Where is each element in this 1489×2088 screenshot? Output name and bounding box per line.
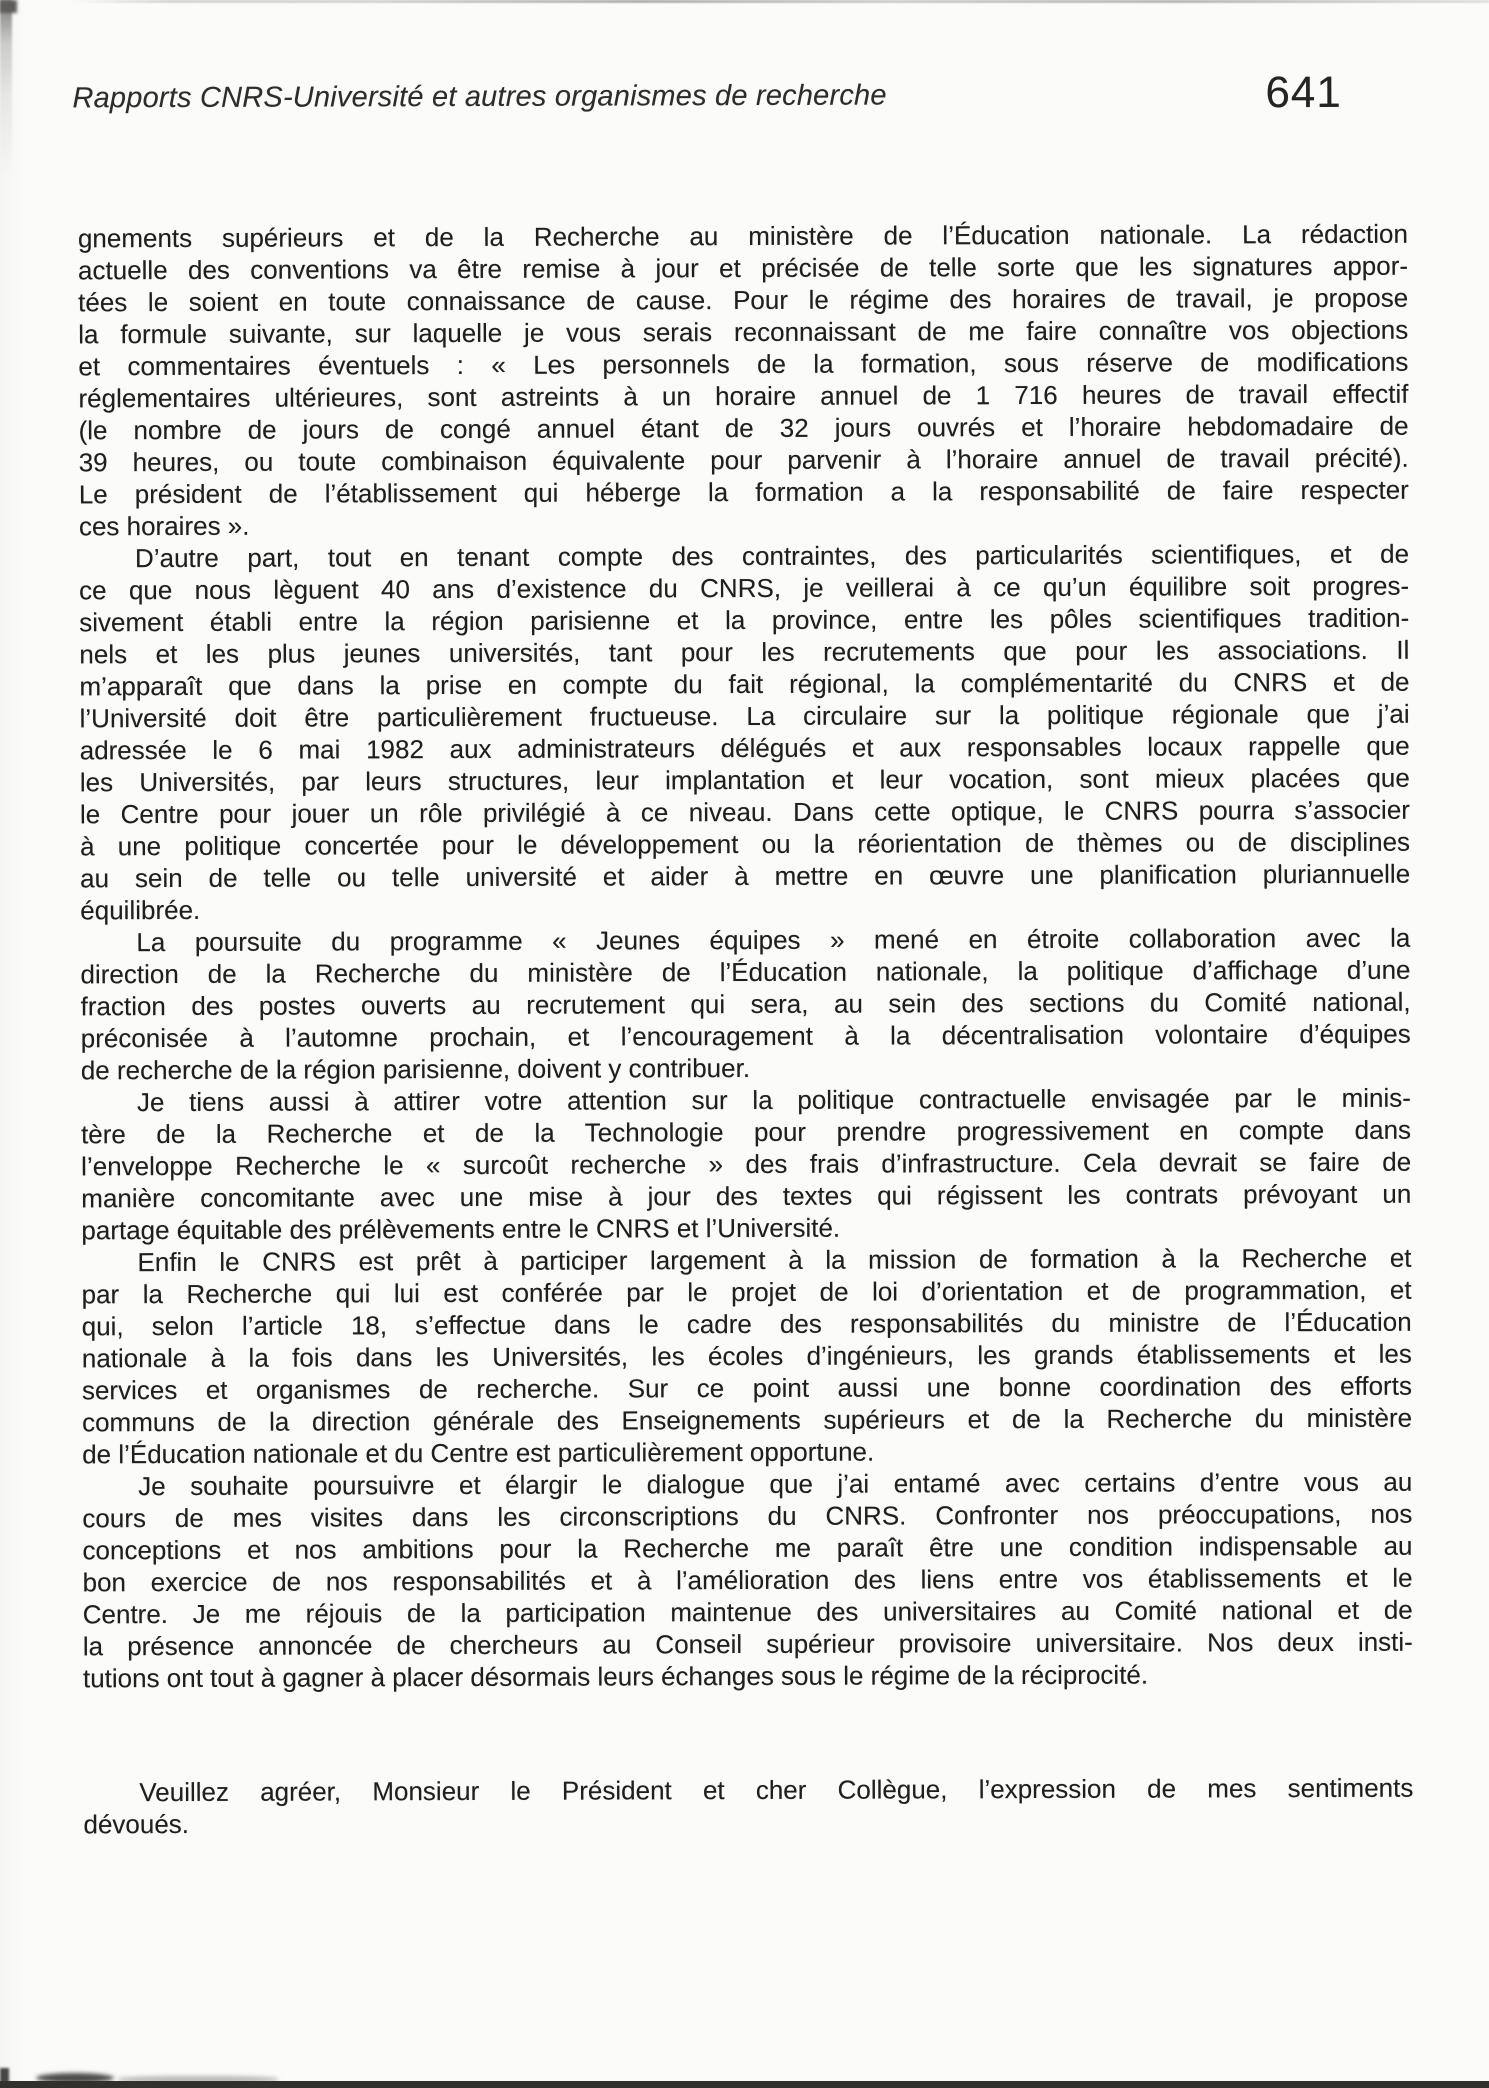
text-line: ce que nous lèguent 40 ans d’existence d… [79, 570, 1409, 607]
text-line: communs de la direction générale des Ens… [82, 1402, 1412, 1439]
text-line: équilibrée. [80, 890, 1410, 927]
paragraph: D’autre part, tout en tenant compte des … [79, 538, 1410, 927]
text-line: Enfin le CNRS est prêt à participer larg… [81, 1242, 1411, 1279]
text-line: nels et les plus jeunes universités, tan… [79, 634, 1409, 671]
text-line: préconisée à l’automne prochain, et l’en… [81, 1018, 1411, 1055]
text-line: direction de la Recherche du ministère d… [80, 954, 1410, 991]
text-line: la présence annoncée de chercheurs au Co… [83, 1626, 1413, 1663]
text-line: la formule suivante, sur laquelle je vou… [78, 314, 1408, 351]
scanned-document: { "page": { "colors": { "paper": "#fbfbf… [0, 0, 1489, 2088]
running-head: Rapports CNRS-Université et autres organ… [0, 0, 1487, 143]
text-line: ces horaires ». [79, 506, 1409, 543]
text-line: nationale à la fois dans les Universités… [82, 1338, 1412, 1375]
letter-body: gnements supérieurs et de la Recherche a… [78, 218, 1414, 1841]
text-line: tutions ont tout à gagner à placer désor… [83, 1658, 1413, 1695]
text-line: bon exercice de nos responsabilités et à… [83, 1562, 1413, 1599]
text-line: réglementaires ultérieures, sont astrein… [78, 378, 1408, 415]
paragraph: gnements supérieurs et de la Recherche a… [78, 218, 1409, 543]
text-line: les Universités, par leurs structures, l… [80, 762, 1410, 799]
text-line: l’Université doit être particulièrement … [80, 698, 1410, 735]
text-line: de recherche de la région parisienne, do… [81, 1050, 1411, 1087]
text-line: Je tiens aussi à attirer votre attention… [81, 1082, 1411, 1119]
text-line: à une politique concertée pour le dévelo… [80, 826, 1410, 863]
text-line: qui, selon l’article 18, s’effectue dans… [82, 1306, 1412, 1343]
text-line: services et organismes de recherche. Sur… [82, 1370, 1412, 1407]
text-line: fraction des postes ouverts au recruteme… [81, 986, 1411, 1023]
text-line: gnements supérieurs et de la Recherche a… [78, 218, 1408, 255]
text-line: par la Recherche qui lui est conférée pa… [82, 1274, 1412, 1311]
text-line: D’autre part, tout en tenant compte des … [79, 538, 1409, 575]
text-line: de l’Éducation nationale et du Centre es… [82, 1434, 1412, 1471]
document-page: Rapports CNRS-Université et autres organ… [0, 0, 1489, 2088]
paragraph: La poursuite du programme « Jeunes équip… [80, 922, 1411, 1087]
text-line: 39 heures, ou toute combinaison équivale… [79, 442, 1409, 479]
text-line: (le nombre de jours de congé annuel étan… [79, 410, 1409, 447]
paragraph: Enfin le CNRS est prêt à participer larg… [81, 1242, 1412, 1471]
text-line: cours de mes visites dans les circonscri… [82, 1498, 1412, 1535]
text-line: manière concomitante avec une mise à jou… [81, 1178, 1411, 1215]
text-line: Le président de l’établissement qui hébe… [79, 474, 1409, 511]
text-line: La poursuite du programme « Jeunes équip… [80, 922, 1410, 959]
text-line: tées le soient en toute connaissance de … [78, 282, 1408, 319]
text-line: actuelle des conventions va être remise … [78, 250, 1408, 287]
text-line: m’apparaît que dans la prise en compte d… [79, 666, 1409, 703]
text-line: le Centre pour jouer un rôle privilégié … [80, 794, 1410, 831]
text-line: dévoués. [83, 1804, 1413, 1841]
text-line: Veuillez agréer, Monsieur le Président e… [83, 1772, 1413, 1809]
running-head-title: Rapports CNRS-Université et autres organ… [72, 79, 886, 115]
text-line: conceptions et nos ambitions pour la Rec… [82, 1530, 1412, 1567]
text-line: sivement établi entre la région parisien… [79, 602, 1409, 639]
text-line: au sein de telle ou telle université et … [80, 858, 1410, 895]
text-line: Je souhaite poursuivre et élargir le dia… [82, 1466, 1412, 1503]
text-line: tère de la Recherche et de la Technologi… [81, 1114, 1411, 1151]
paragraph: Je tiens aussi à attirer votre attention… [81, 1082, 1412, 1247]
text-line: Centre. Je me réjouis de la participatio… [83, 1594, 1413, 1631]
page-number: 641 [1265, 68, 1342, 118]
paragraph: Veuillez agréer, Monsieur le Président e… [83, 1772, 1413, 1841]
text-line: partage équitable des prélèvements entre… [81, 1210, 1411, 1247]
page-content: Rapports CNRS-Université et autres organ… [0, 0, 1489, 2088]
text-line: adressée le 6 mai 1982 aux administrateu… [80, 730, 1410, 767]
text-line: et commentaires éventuels : « Les person… [78, 346, 1408, 383]
text-line: l’enveloppe Recherche le « surcoût reche… [81, 1146, 1411, 1183]
paragraph: Je souhaite poursuivre et élargir le dia… [82, 1466, 1413, 1695]
